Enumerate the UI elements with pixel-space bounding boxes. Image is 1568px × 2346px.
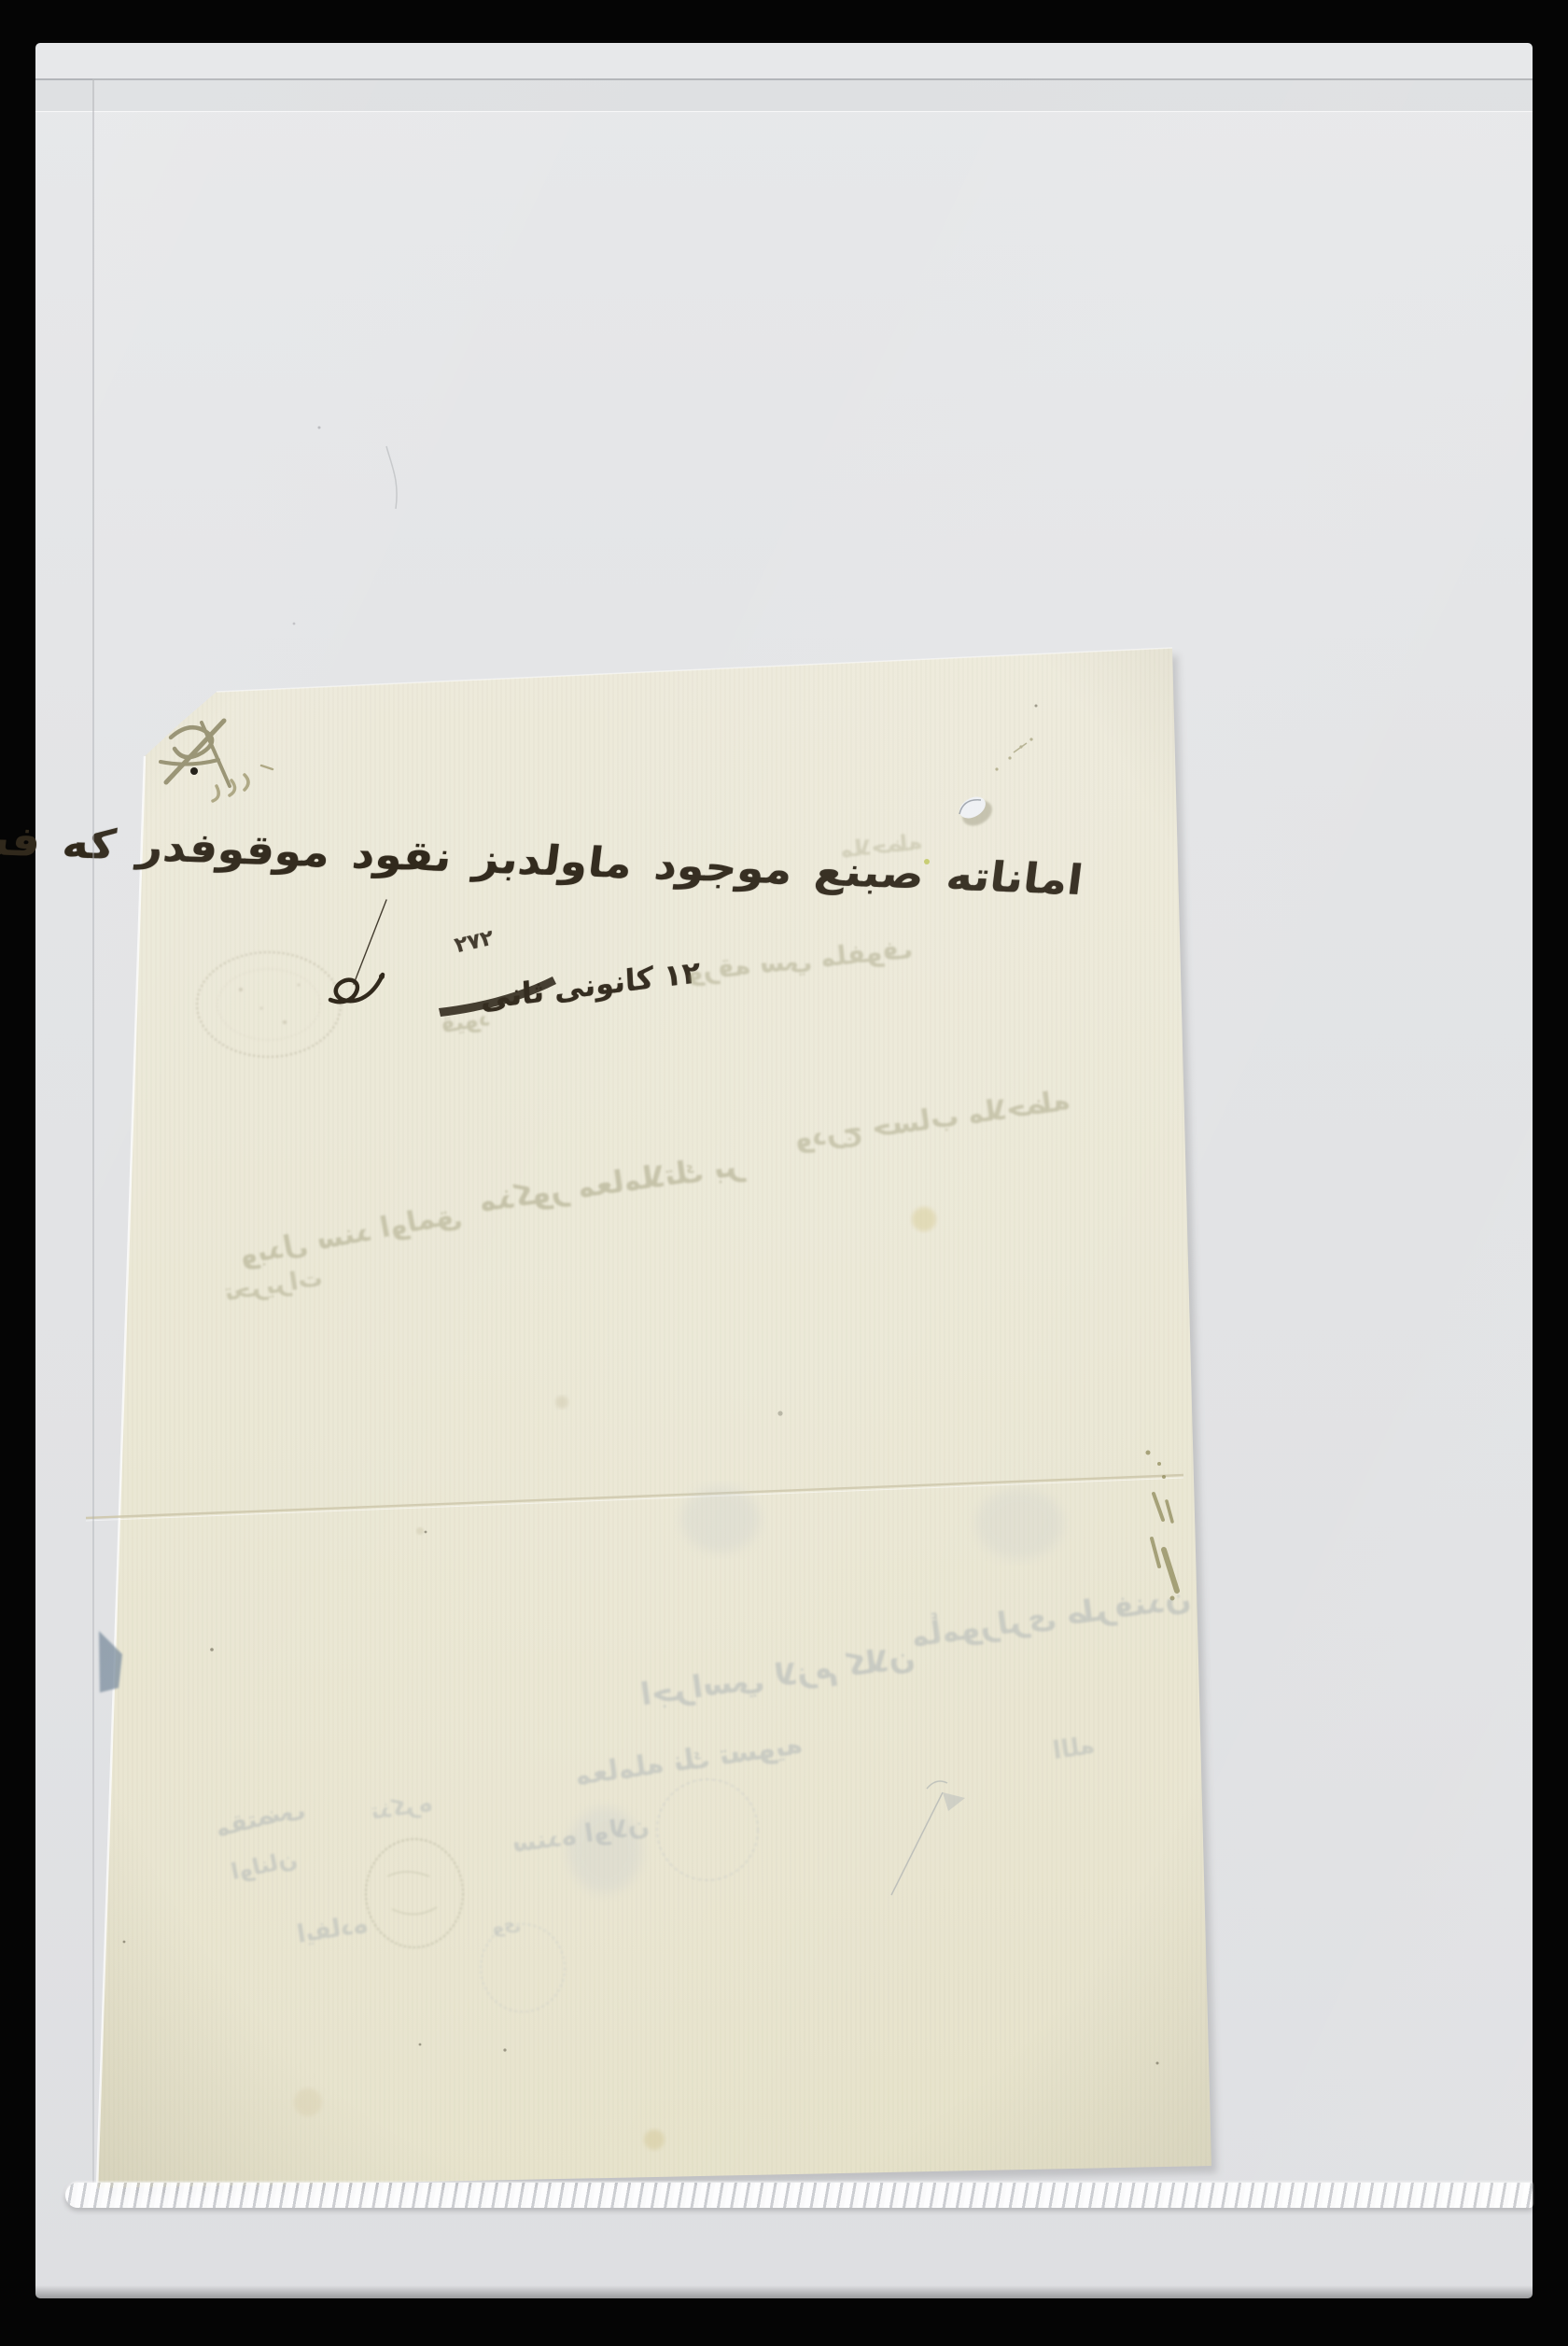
bleedthrough-text: وى — [491, 1912, 522, 1937]
sleeve-scratch — [293, 427, 397, 625]
album-page-bottom-shadow — [35, 2285, 1533, 2300]
photo-frame: اماناته صبنع موجود ماولدبز نقود موقوفدر … — [0, 0, 1568, 2346]
document-artwork — [0, 0, 1568, 2346]
ink-dot — [190, 767, 198, 775]
stamp-showthrough-blob — [975, 1488, 1063, 1559]
bleedthrough-text: الله — [1051, 1732, 1097, 1765]
stamp-showthrough-blob — [681, 1487, 760, 1552]
